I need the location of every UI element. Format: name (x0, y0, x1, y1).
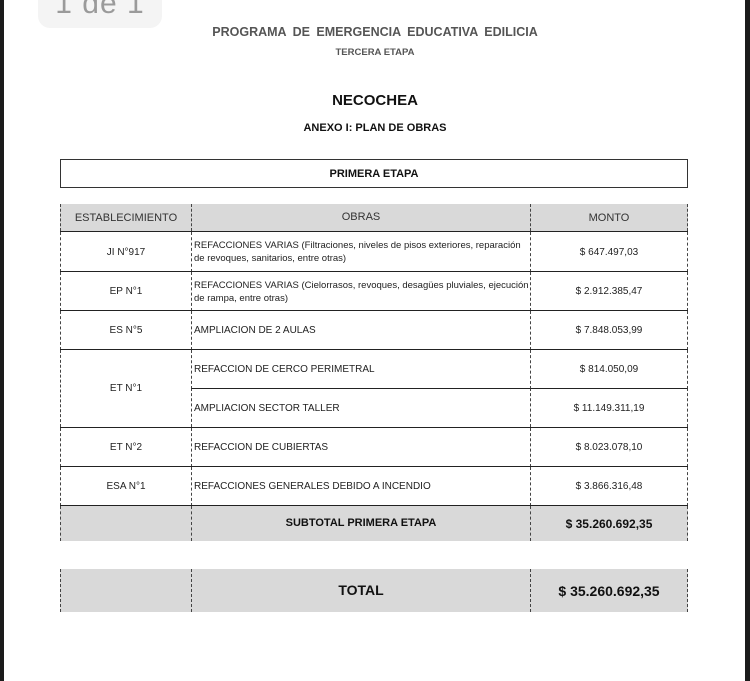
obra-cell: REFACCIONES GENERALES DEBIDO A INCENDIO (191, 467, 530, 506)
page-indicator: 1 de 1 (38, 0, 162, 28)
monto-cell: $ 7.848.053,99 (530, 311, 688, 350)
obra-cell: REFACCIONES VARIAS (Cielorrasos, revoque… (191, 272, 530, 311)
obra-cell: REFACCION DE CERCO PERIMETRAL (191, 350, 530, 389)
subtotal-amount: $ 35.260.692,35 (530, 506, 688, 541)
monto-cell: $ 2.912.385,47 (530, 272, 688, 311)
table-row: JI N°917 REFACCIONES VARIAS (Filtracione… (60, 231, 688, 272)
total-amount: $ 35.260.692,35 (530, 569, 688, 612)
section-title: PRIMERA ETAPA (60, 159, 688, 188)
establecimiento-merged-cell: ET N°1 (60, 350, 191, 427)
subtotal-label: SUBTOTAL PRIMERA ETAPA (191, 506, 530, 541)
establecimiento-cell: JI N°917 (60, 232, 191, 272)
total-row: TOTAL $ 35.260.692,35 (60, 569, 688, 612)
obra-cell: REFACCION DE CUBIERTAS (191, 428, 530, 467)
header-establecimiento: ESTABLECIMIENTO (60, 204, 191, 231)
total-label: TOTAL (191, 569, 530, 612)
obra-cell: AMPLIACION SECTOR TALLER (191, 388, 530, 427)
establecimiento-cell: EP N°1 (60, 272, 191, 311)
subtotal-empty-cell (60, 506, 191, 541)
establecimiento-cell: ESA N°1 (60, 467, 191, 506)
establecimiento-cell: ET N°2 (60, 428, 191, 467)
subtotal-row: SUBTOTAL PRIMERA ETAPA $ 35.260.692,35 (60, 505, 688, 541)
header-monto: MONTO (530, 204, 688, 231)
monto-cell: $ 647.497,03 (530, 232, 688, 272)
page-indicator-text: 1 de 1 (55, 0, 144, 21)
table-row: ES N°5 AMPLIACION DE 2 AULAS $ 7.848.053… (60, 310, 688, 350)
monto-cell: $ 814.050,09 (530, 350, 688, 389)
obra-cell: REFACCIONES VARIAS (Filtraciones, nivele… (191, 232, 530, 272)
program-title: PROGRAMA DE EMERGENCIA EDUCATIVA EDILICI… (0, 25, 750, 39)
monto-cell: $ 3.866.316,48 (530, 467, 688, 506)
annex-title: ANEXO I: PLAN DE OBRAS (0, 122, 750, 134)
obra-cell: AMPLIACION DE 2 AULAS (191, 311, 530, 350)
monto-cell: $ 8.023.078,10 (530, 428, 688, 467)
header-obras: OBRAS (191, 204, 530, 231)
city-title: NECOCHEA (0, 92, 750, 109)
table-row: EP N°1 REFACCIONES VARIAS (Cielorrasos, … (60, 271, 688, 311)
program-stage: TERCERA ETAPA (0, 47, 750, 58)
table-row: ESA N°1 REFACCIONES GENERALES DEBIDO A I… (60, 466, 688, 506)
total-empty-cell (60, 569, 191, 612)
table-header: ESTABLECIMIENTO OBRAS MONTO (60, 204, 688, 231)
section-title-text: PRIMERA ETAPA (329, 168, 418, 180)
monto-cell: $ 11.149.311,19 (530, 388, 688, 427)
table-row: ET N°2 REFACCION DE CUBIERTAS $ 8.023.07… (60, 427, 688, 467)
establecimiento-cell: ES N°5 (60, 311, 191, 350)
